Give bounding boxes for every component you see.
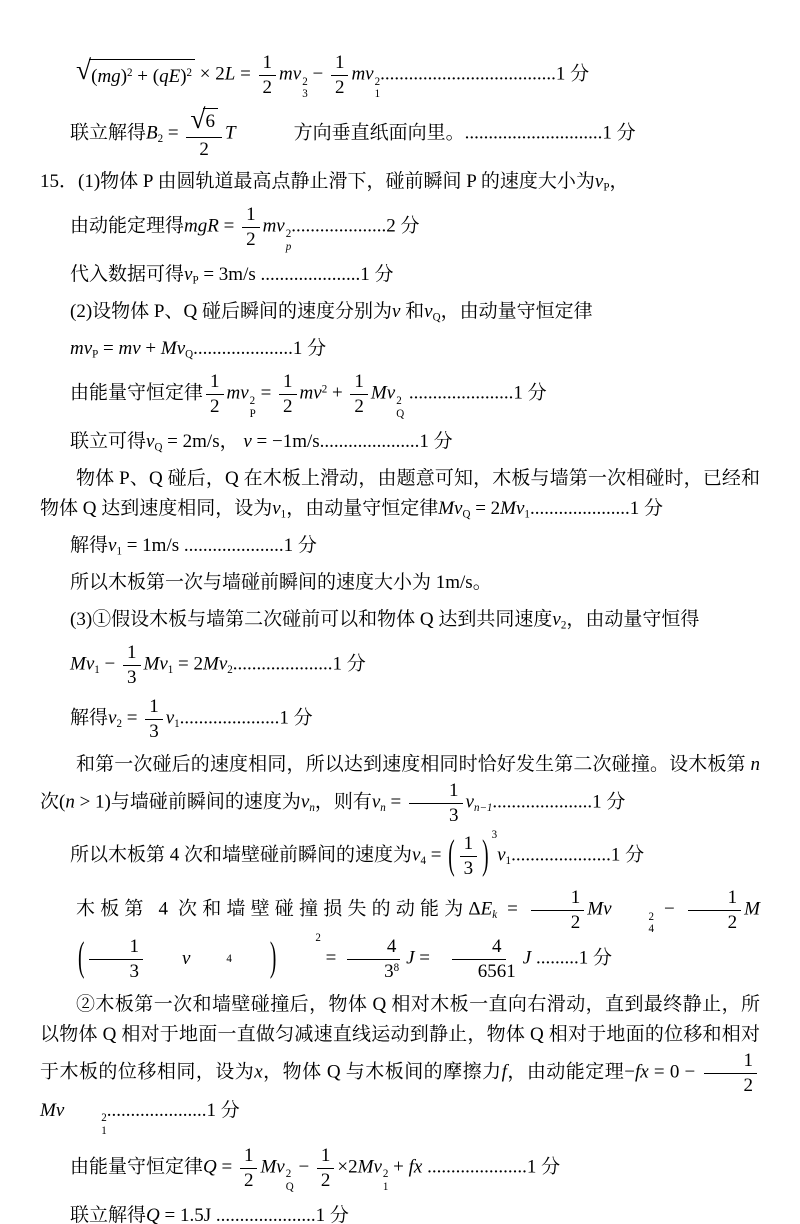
- eq-work-energy-with-field: √(mg)2 + (qE)2 × 2L = 12mv23 − 12mv21...…: [76, 52, 760, 101]
- physics-answer-sheet-page: √(mg)2 + (qE)2 × 2L = 12mv23 − 12mv21...…: [0, 0, 800, 1224]
- eq-kinetic-energy-theorem: 由动能定理得mgR = 12mv2p....................2 …: [70, 204, 760, 253]
- eq-momentum-conservation: mvP = mv + MvQ.....................1 分: [70, 334, 760, 364]
- part3-1-intro: (3)①假设木板与墙第二次碰前可以和物体 Q 达到共同速度v2，由动量守恒得: [70, 605, 760, 635]
- text-board-first-collision-speed: 所以木板第一次与墙碰前瞬间的速度大小为 1m/s。: [70, 568, 760, 598]
- eq-vp-value: 代入数据可得vP = 3m/s .....................1 分: [70, 260, 760, 290]
- document-body: √(mg)2 + (qE)2 × 2L = 12mv23 − 12mv21...…: [40, 52, 760, 1224]
- part2-intro: (2)设物体 P、Q 碰后瞬间的速度分别为v 和vQ，由动量守恒定律: [70, 297, 760, 327]
- eq-q-value: 联立解得Q = 1.5J .....................1 分: [70, 1201, 760, 1224]
- eq-b2-result: 联立解得B2 = √62T方向垂直纸面向里。..................…: [70, 108, 760, 160]
- para-energy-loss-4th-collision: 木板第 4 次和墙壁碰撞损失的动能为ΔEk = 12Mv24 − 12M(13v…: [40, 887, 760, 983]
- eq-heat-energy-conservation: 由能量守恒定律Q = 12Mv2Q − 12×2Mv21 + fx ......…: [70, 1145, 760, 1194]
- eq-vq-v-values: 联立可得vQ = 2m/s， v = −1m/s................…: [70, 427, 760, 457]
- eq-energy-conservation: 由能量守恒定律12mv2P = 12mv2 + 12Mv2Q .........…: [70, 371, 760, 420]
- para-q-sliding-work-energy: ②木板第一次和墙壁碰撞后，物体 Q 相对木板一直向右滑动，直到最终静止，所以物体…: [40, 990, 760, 1138]
- item-15-part1-intro: 15．(1)物体 P 由圆轨道最高点静止滑下，碰前瞬间 P 的速度大小为vP，: [40, 167, 760, 197]
- para-board-q-common-speed: 物体 P、Q 碰后，Q 在木板上滑动，由题意可知，木板与墙第一次相碰时，已经和物…: [40, 464, 760, 524]
- eq-v1-value: 解得v1 = 1m/s .....................1 分: [70, 531, 760, 561]
- eq-v4-expression: 所以木板第 4 次和墙壁碰前瞬间的速度为v4 = (13)3v1........…: [70, 833, 760, 880]
- eq-v2-value: 解得v2 = 13v1.....................1 分: [70, 696, 760, 743]
- para-nth-collision: 和第一次碰后的速度相同，所以达到速度相同时恰好发生第二次碰撞。设木板第 n 次(…: [40, 750, 760, 827]
- eq-momentum-second-collision: Mv1 − 13Mv1 = 2Mv2.....................1…: [70, 642, 760, 689]
